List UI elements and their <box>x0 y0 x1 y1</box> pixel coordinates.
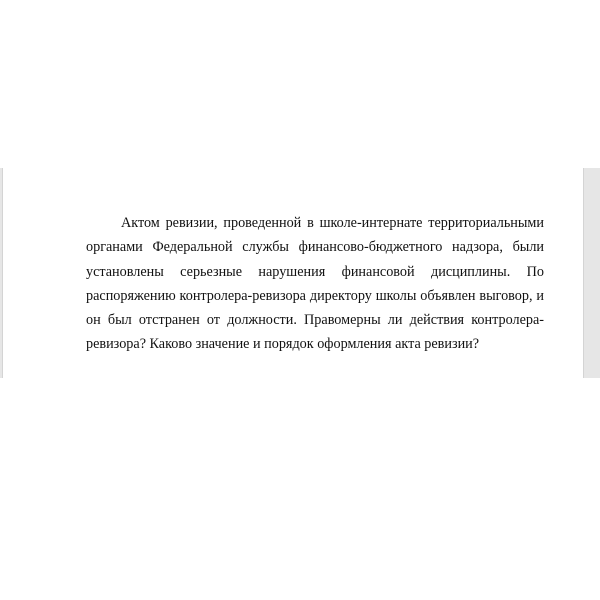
document-body: Актом ревизии, проведенной в школе-интер… <box>86 211 544 357</box>
task-paragraph: Актом ревизии, проведенной в школе-интер… <box>86 211 544 357</box>
left-page-edge <box>0 168 3 378</box>
right-page-edge <box>583 168 600 378</box>
